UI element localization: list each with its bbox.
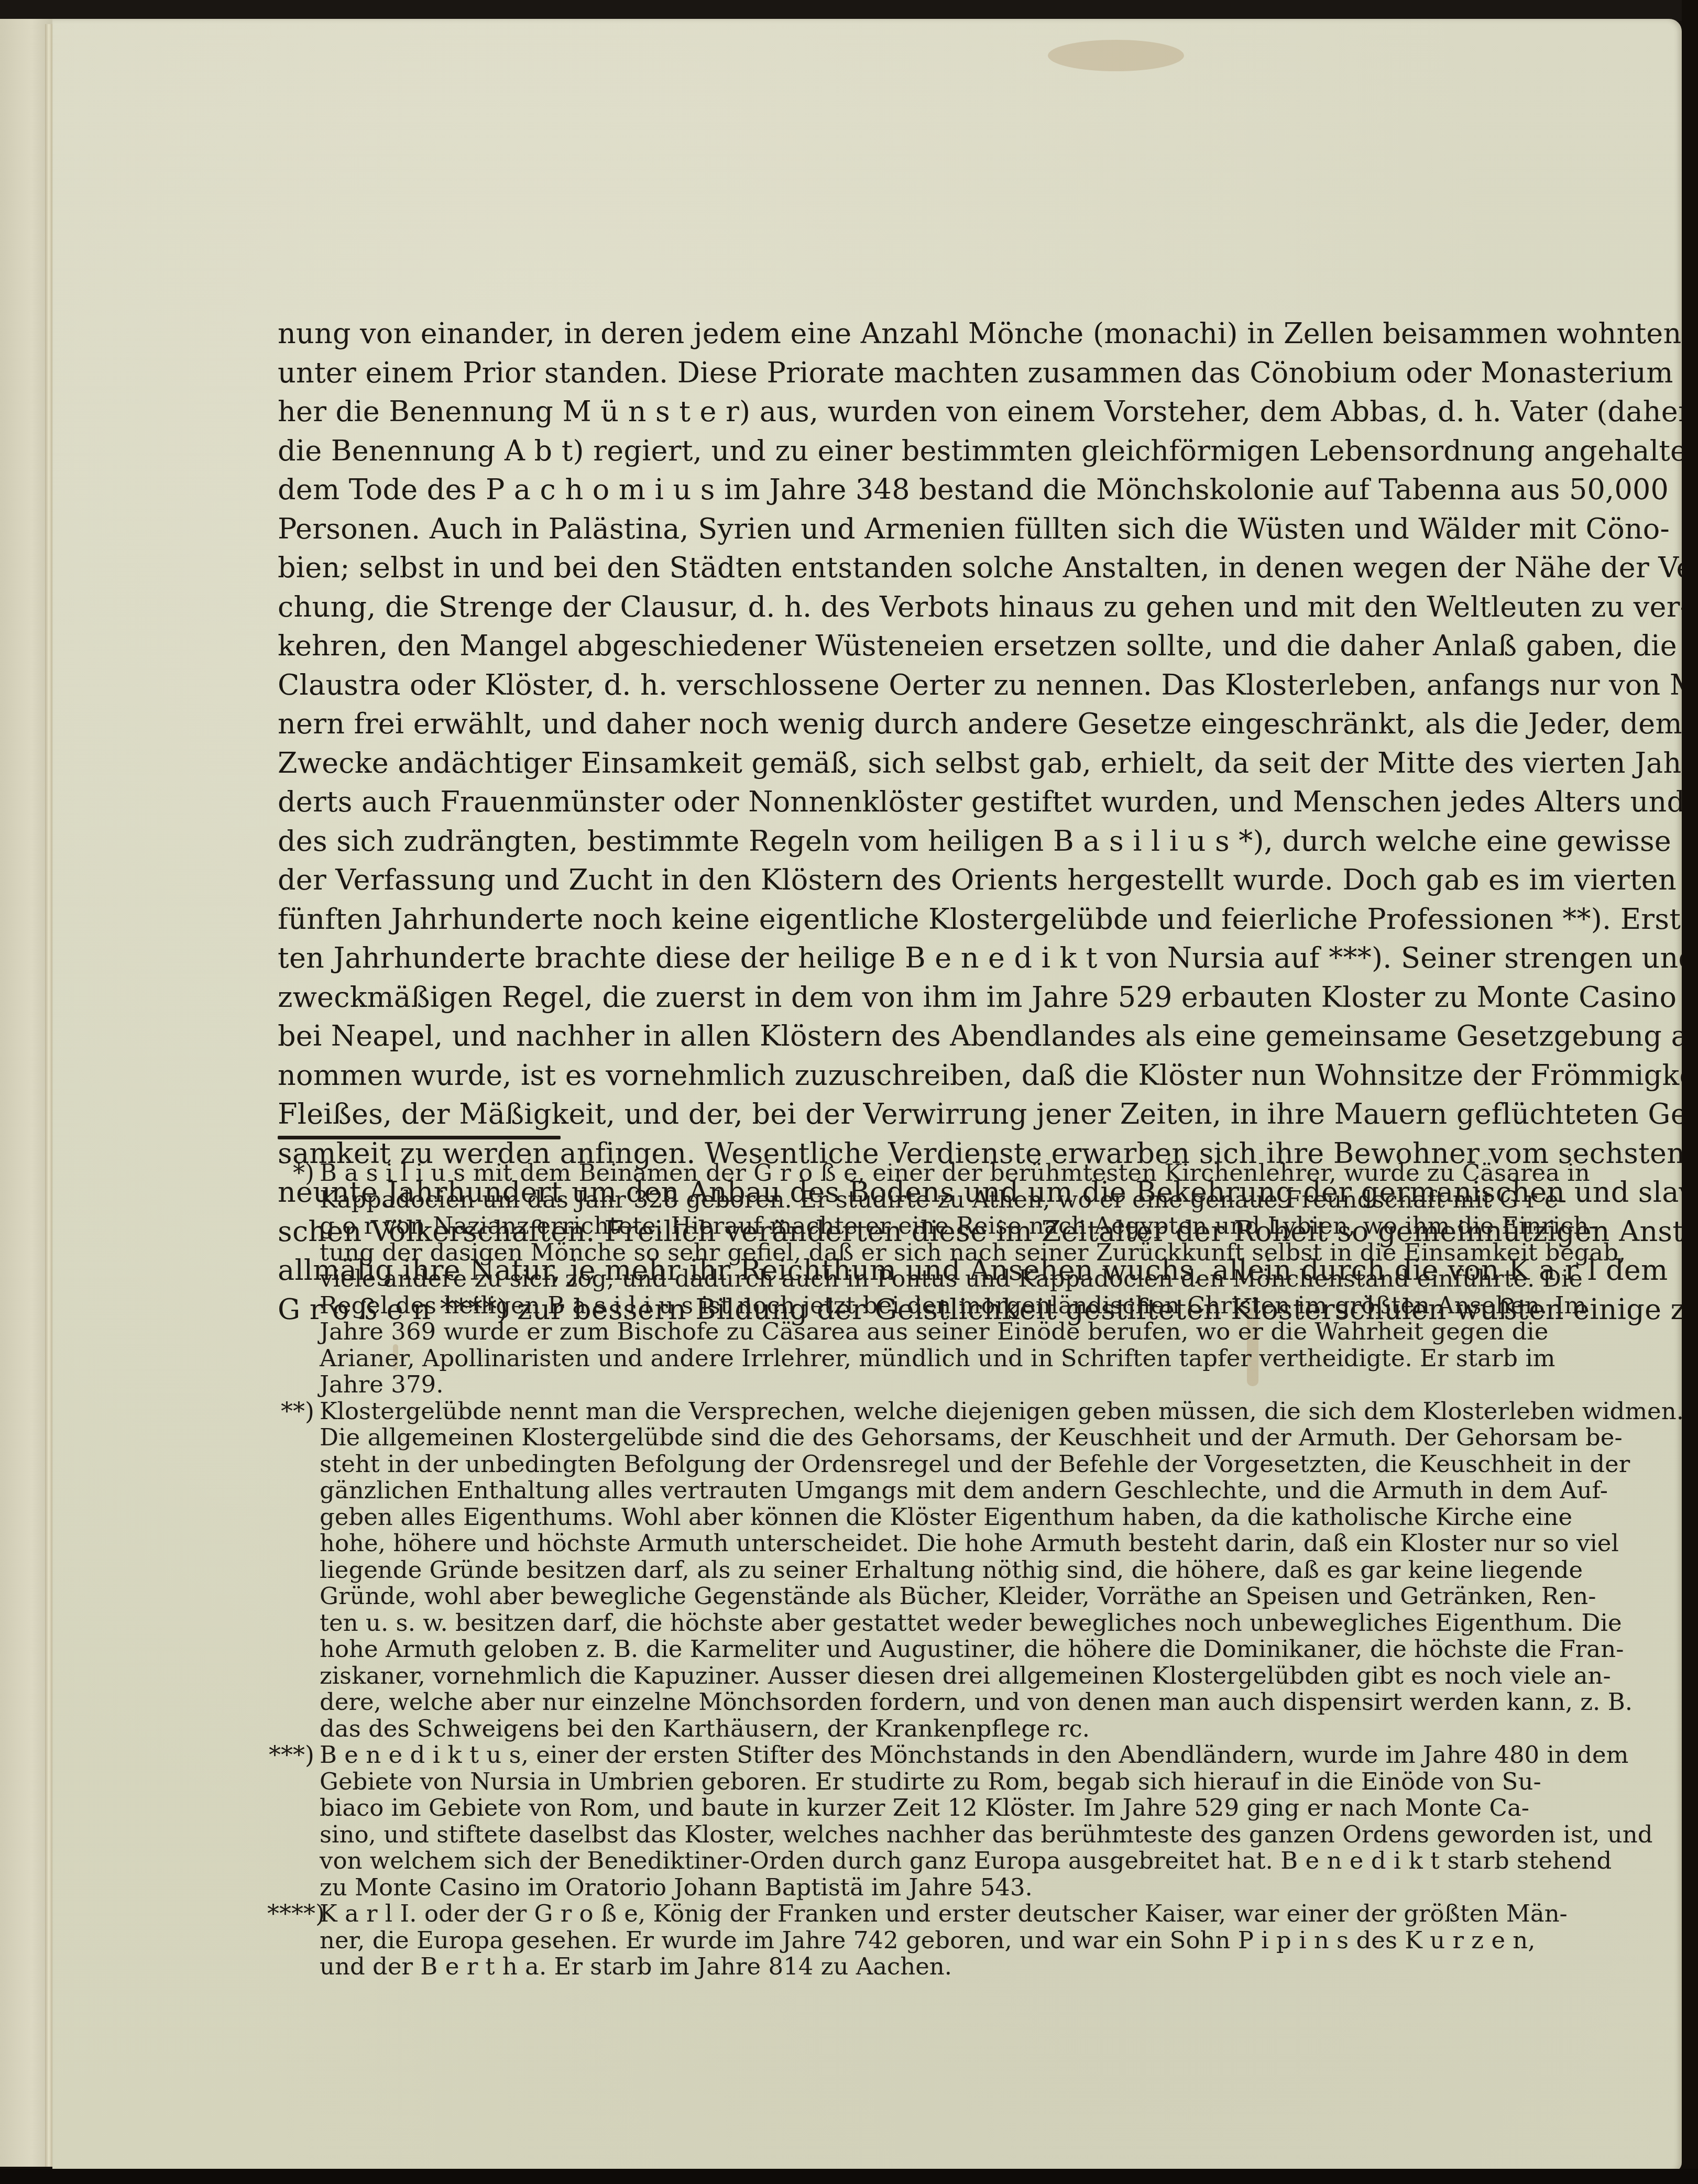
footnote-line: Gründe, wohl aber bewegliche Gegenstände…: [320, 1583, 1504, 1610]
footnote-line: ner, die Europa gesehen. Er wurde im Jah…: [320, 1927, 1504, 1954]
footnote-line: g o r von Nazianz errichtete. Hierauf ma…: [320, 1213, 1504, 1239]
footnote-line: steht in der unbedingten Befolgung der O…: [320, 1451, 1504, 1478]
footnote-marker: ***): [267, 1742, 314, 1769]
body-line: Zwecke andächtiger Einsamkeit gemäß, sic…: [278, 744, 1501, 783]
footnote-line: K a r l I. oder der G r o ß e, König der…: [320, 1901, 1504, 1927]
footnote-line: tung der dasigen Mönche so sehr gefiel, …: [320, 1239, 1504, 1266]
footnote-separator-rule: [278, 1136, 561, 1139]
footnote-line: ten u. s. w. besitzen darf, die höchste …: [320, 1610, 1504, 1637]
footnote-line: Jahre 379.: [320, 1371, 1504, 1398]
footnote-line: B e n e d i k t u s, einer der ersten St…: [320, 1742, 1504, 1769]
footnote-benediktus: ***) B e n e d i k t u s, einer der erst…: [267, 1742, 1504, 1901]
body-line: chung, die Strenge der Clausur, d. h. de…: [278, 588, 1501, 627]
footnote-line: dere, welche aber nur einzelne Mönchsord…: [320, 1689, 1504, 1716]
footnote-line: hohe, höhere und höchste Armuth untersch…: [320, 1530, 1504, 1557]
body-line: zweckmäßigen Regel, die zuerst in dem vo…: [278, 978, 1501, 1017]
body-line: Claustra oder Klöster, d. h. verschlosse…: [278, 666, 1501, 705]
body-line: bei Neapel, und nachher in allen Klöster…: [278, 1017, 1501, 1056]
scan-right-border: [1682, 0, 1698, 2184]
footnote-marker: *): [267, 1160, 314, 1187]
footnote-line: viele andere zu sich zog, und dadurch au…: [320, 1266, 1504, 1292]
scan-bottom-border: [0, 2169, 1698, 2184]
footnote-line: ziskaner, vornehmlich die Kapuziner. Aus…: [320, 1663, 1504, 1689]
body-line: derts auch Frauenmünster oder Nonnenklös…: [278, 783, 1501, 822]
body-line: der Verfassung und Zucht in den Klöstern…: [278, 861, 1501, 900]
footnote-line: das des Schweigens bei den Karthäusern, …: [320, 1716, 1504, 1742]
body-line: Fleißes, der Mäßigkeit, und der, bei der…: [278, 1095, 1501, 1134]
footnote-line: Jahre 369 wurde er zum Bischofe zu Cäsar…: [320, 1319, 1504, 1345]
footnote-line: Arianer, Apollinaristen und andere Irrle…: [320, 1345, 1504, 1372]
footnote-line: Klostergelübde nennt man die Versprechen…: [320, 1398, 1504, 1425]
paper-stain: [1048, 40, 1184, 71]
body-line: ten Jahrhunderte brachte diese der heili…: [278, 939, 1501, 978]
footnote-line: Kappadocien um das Jahr 328 geboren. Er …: [320, 1187, 1504, 1213]
footnote-karl: ****) K a r l I. oder der G r o ß e, Kön…: [267, 1901, 1504, 1980]
body-line: nommen wurde, ist es vornehmlich zuzusch…: [278, 1056, 1501, 1095]
footnote-line: geben alles Eigenthums. Wohl aber können…: [320, 1504, 1504, 1531]
footnote-line: hohe Armuth geloben z. B. die Karmeliter…: [320, 1636, 1504, 1663]
body-line: fünften Jahrhunderte noch keine eigentli…: [278, 900, 1501, 939]
body-line: nung von einander, in deren jedem eine A…: [278, 314, 1501, 354]
scan-top-border: [0, 0, 1698, 21]
footnote-marker: **): [267, 1398, 314, 1425]
body-line: her die Benennung M ü n s t e r) aus, wu…: [278, 392, 1501, 432]
footnote-line: zu Monte Casino im Oratorio Johann Bapti…: [320, 1874, 1504, 1901]
body-line: die Benennung A b t) regiert, und zu ein…: [278, 432, 1501, 471]
footnote-line: Regel des heiligen B a s i l i u s ist n…: [320, 1292, 1504, 1319]
footnote-line: sino, und stiftete daselbst das Kloster,…: [320, 1821, 1504, 1848]
body-line: Personen. Auch in Palästina, Syrien und …: [278, 510, 1501, 549]
footnotes-section: *) B a s i l i u s mit dem Beinamen der …: [267, 1141, 1504, 1980]
footnote-line: Gebiete von Nursia in Umbrien geboren. E…: [320, 1769, 1504, 1795]
footnote-line: B a s i l i u s mit dem Beinamen der G r…: [320, 1160, 1504, 1187]
footnote-line: biaco im Gebiete von Rom, und baute in k…: [320, 1795, 1504, 1821]
footnote-marker: ****): [267, 1901, 314, 1927]
body-line: des sich zudrängten, bestimmte Regeln vo…: [278, 822, 1501, 861]
body-line: kehren, den Mangel abgeschiedener Wüsten…: [278, 627, 1501, 666]
facing-page-edge: [0, 19, 52, 2167]
body-line: bien; selbst in und bei den Städten ents…: [278, 548, 1501, 588]
footnote-klostergelubde: **) Klostergelübde nennt man die Verspre…: [267, 1398, 1504, 1742]
body-line: nern frei erwählt, und daher noch wenig …: [278, 705, 1501, 744]
footnote-basilius: *) B a s i l i u s mit dem Beinamen der …: [267, 1160, 1504, 1398]
body-line: dem Tode des P a c h o m i u s im Jahre …: [278, 470, 1501, 510]
body-line: unter einem Prior standen. Diese Priorat…: [278, 354, 1501, 393]
footnote-line: gänzlichen Enthaltung alles vertrauten U…: [320, 1477, 1504, 1504]
footnote-line: und der B e r t h a. Er starb im Jahre 8…: [320, 1953, 1504, 1980]
footnote-line: Die allgemeinen Klostergelübde sind die …: [320, 1424, 1504, 1451]
footnote-line: von welchem sich der Benediktiner-Orden …: [320, 1848, 1504, 1874]
footnote-line: liegende Gründe besitzen darf, als zu se…: [320, 1557, 1504, 1584]
